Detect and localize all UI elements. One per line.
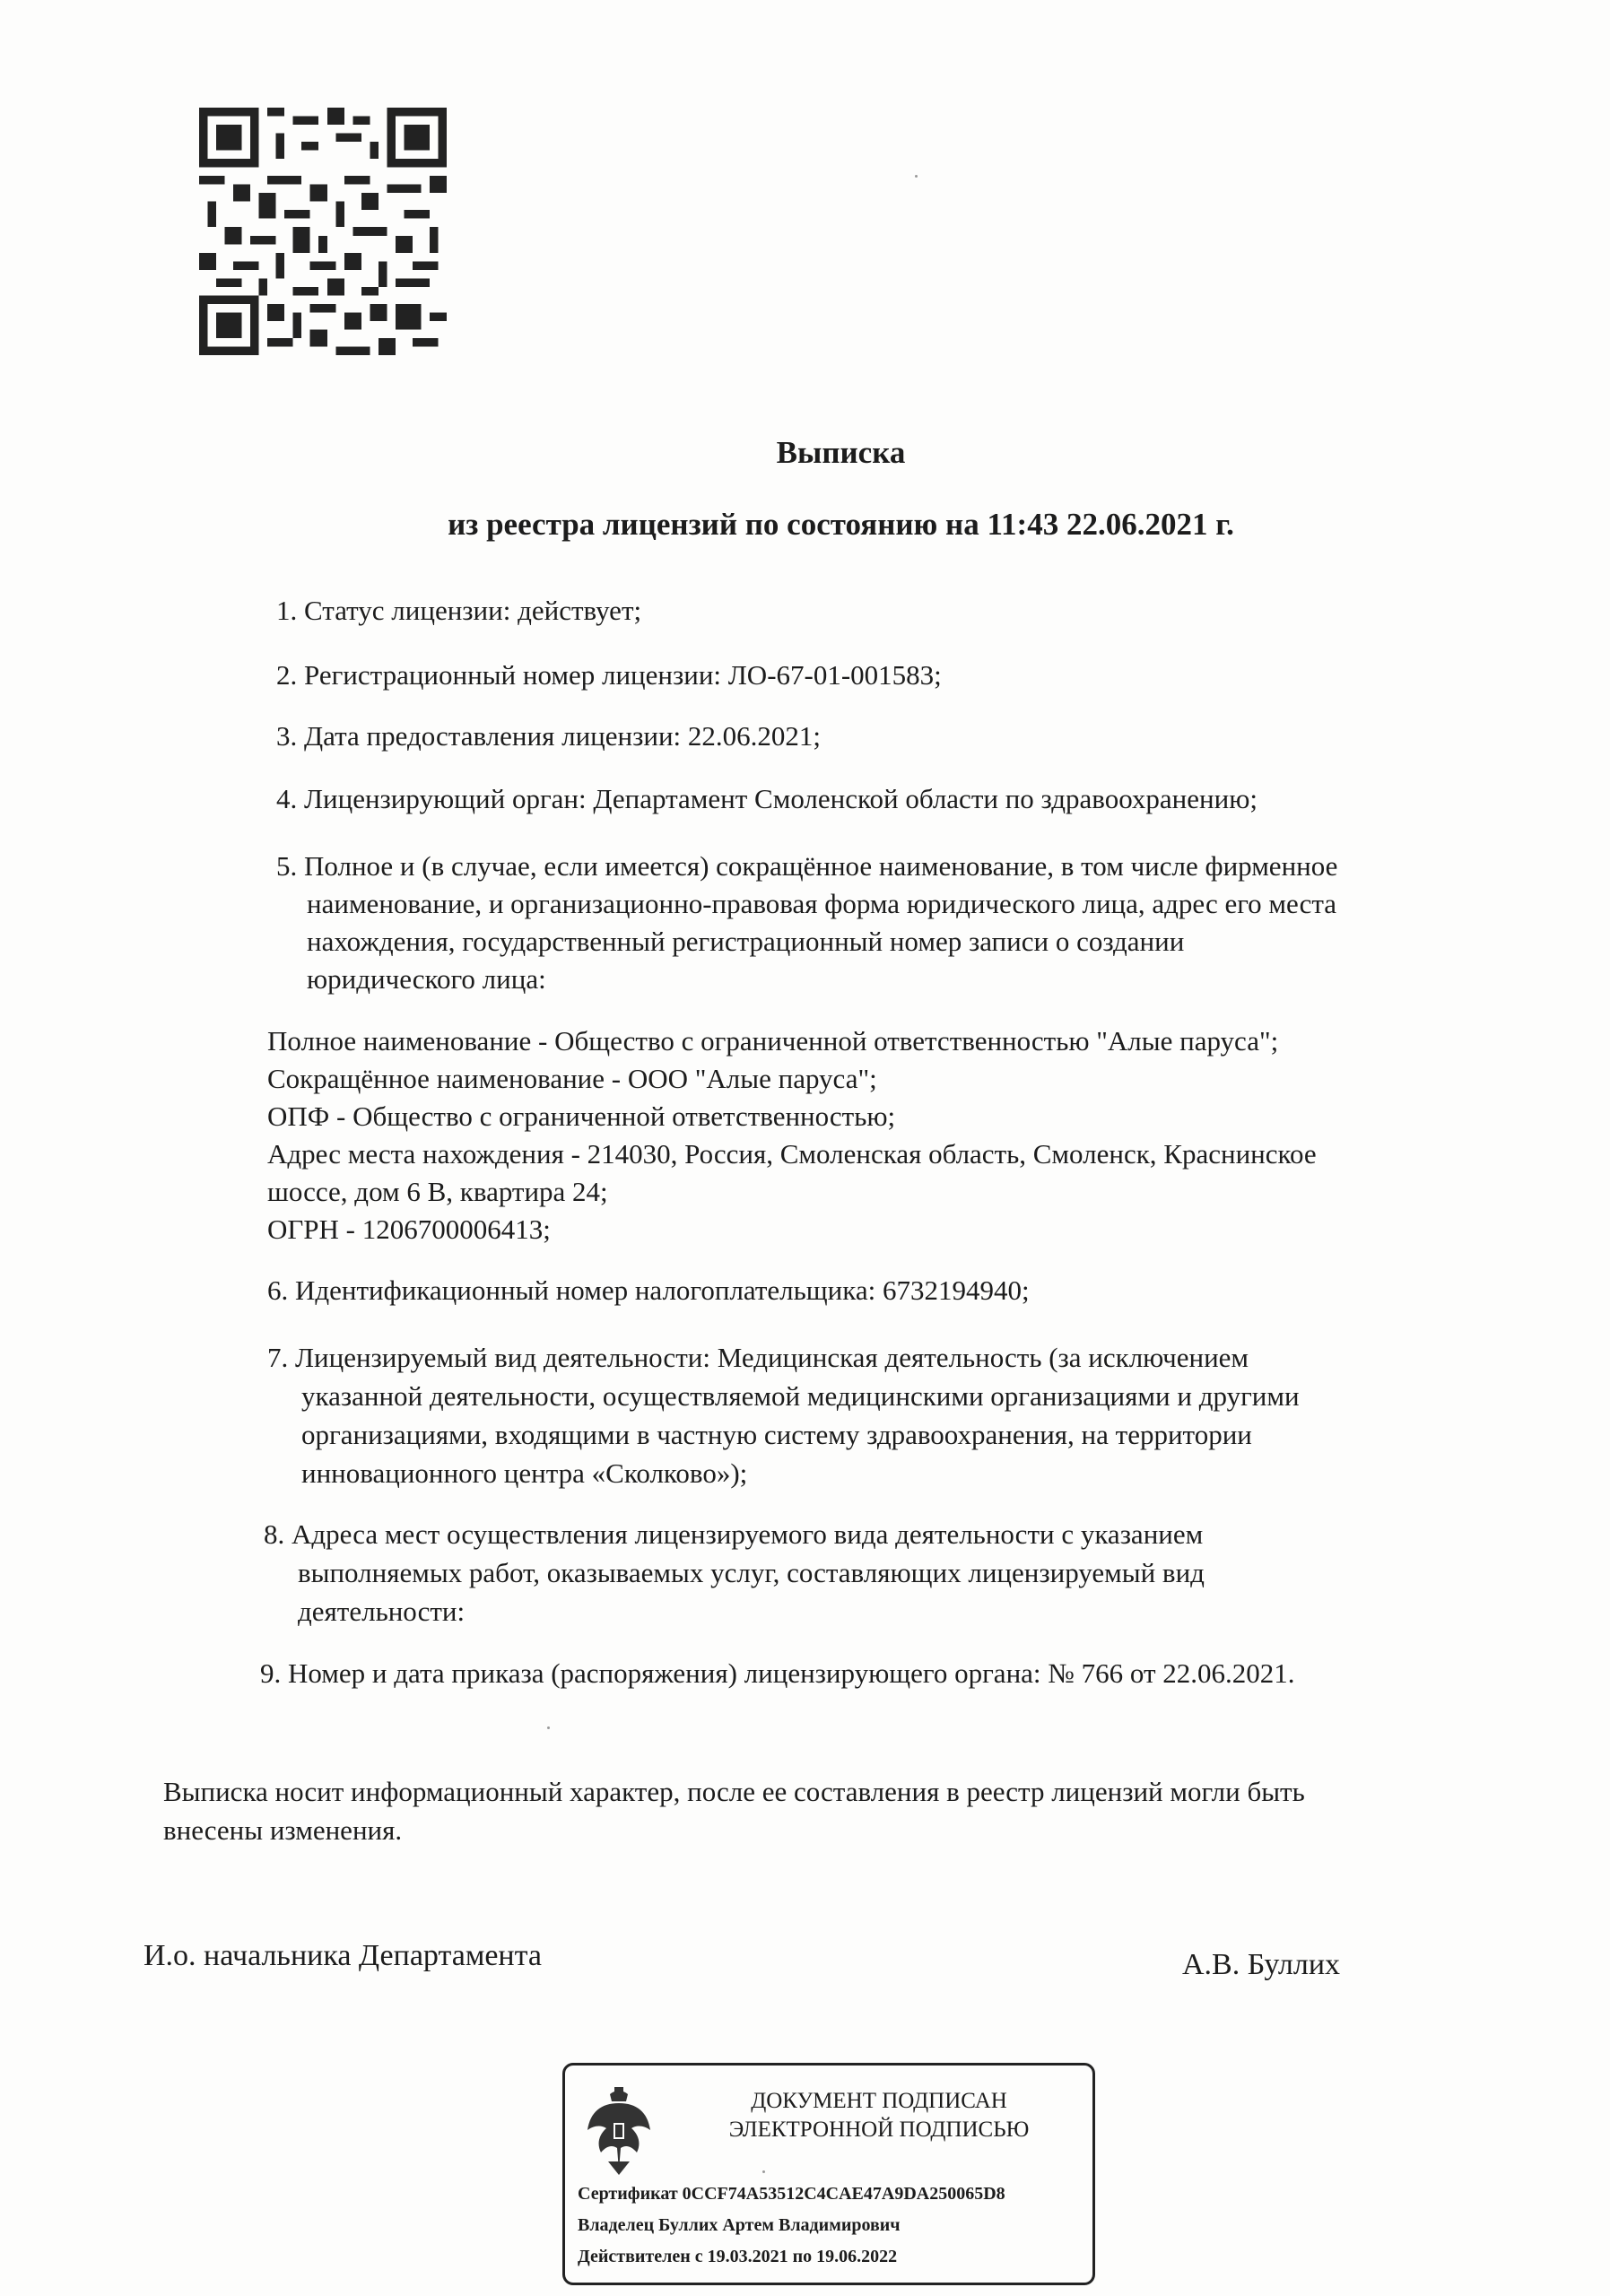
scan-speck	[547, 1726, 550, 1729]
item-registration-number: 2. Регистрационный номер лицензии: ЛО-67…	[276, 657, 942, 694]
item-text-continued: выполняемых работ, оказываемых услуг, со…	[298, 1554, 1205, 1592]
item-issue-date: 3. Дата предоставления лицензии: 22.06.2…	[276, 717, 821, 755]
item-text-continued: указанной деятельности, осуществляемой м…	[301, 1378, 1300, 1415]
item-number: 1.	[276, 595, 297, 626]
item-number: 3.	[276, 720, 297, 752]
item-entity-names: 5. Полное и (в случае, если имеется) сок…	[276, 848, 1337, 885]
scan-speck	[915, 175, 918, 178]
item-text-continued: нахождения, государственный регистрацион…	[307, 923, 1184, 961]
item-text: Регистрационный номер лицензии: ЛО-67-01…	[304, 659, 942, 691]
item-text-continued: инновационного центра «Сколково»);	[301, 1455, 747, 1492]
item-number: 8.	[264, 1518, 284, 1550]
item-order-number: 9. Номер и дата приказа (распоряжения) л…	[260, 1655, 1295, 1692]
item-text: Статус лицензии: действует;	[304, 595, 641, 626]
document-subtitle: из реестра лицензий по состоянию на 11:4…	[0, 507, 1610, 543]
item-text: Лицензируемый вид деятельности: Медицинс…	[295, 1342, 1249, 1373]
item-number: 5.	[276, 850, 297, 882]
stamp-owner: Владелец Буллих Артем Владимирович	[578, 2215, 901, 2236]
electronic-signature-stamp: ДОКУМЕНТ ПОДПИСАН ЭЛЕКТРОННОЙ ПОДПИСЬЮ С…	[562, 2063, 1095, 2285]
item-number: 7.	[267, 1342, 288, 1373]
item-text-continued: юридического лица:	[307, 961, 546, 998]
stamp-header: ДОКУМЕНТ ПОДПИСАН ЭЛЕКТРОННОЙ ПОДПИСЬЮ	[682, 2087, 1076, 2144]
coat-of-arms-icon	[583, 2085, 655, 2179]
item-license-status: 1. Статус лицензии: действует;	[276, 592, 641, 630]
item-text: Дата предоставления лицензии: 22.06.2021…	[304, 720, 821, 752]
stamp-header-line1: ДОКУМЕНТ ПОДПИСАН	[682, 2087, 1076, 2116]
entity-address-cont: шоссе, дом 6 В, квартира 24;	[267, 1173, 608, 1211]
entity-opf: ОПФ - Общество с ограниченной ответствен…	[267, 1098, 895, 1135]
stamp-certificate: Сертификат 0CCF74A53512C4CAE47A9DA250065…	[578, 2184, 1005, 2205]
item-number: 4.	[276, 783, 297, 814]
item-text-continued: организациями, входящими в частную систе…	[301, 1416, 1252, 1454]
disclaimer-note: Выписка носит информационный характер, п…	[163, 1773, 1305, 1811]
entity-ogrn: ОГРН - 1206700006413;	[267, 1211, 551, 1248]
item-text: Идентификационный номер налогоплательщик…	[295, 1274, 1030, 1306]
item-number: 9.	[260, 1657, 281, 1689]
item-text: Лицензирующий орган: Департамент Смоленс…	[304, 783, 1258, 814]
item-text-continued: деятельности:	[298, 1593, 465, 1631]
item-text: Полное и (в случае, если имеется) сокращ…	[304, 850, 1337, 882]
entity-short-name: Сокращённое наименование - ООО "Алые пар…	[267, 1060, 877, 1098]
item-text-continued: наименование, и организационно-правовая …	[307, 885, 1336, 923]
entity-full-name: Полное наименование - Общество с огранич…	[267, 1022, 1278, 1060]
item-licensing-authority: 4. Лицензирующий орган: Департамент Смол…	[276, 780, 1258, 818]
item-activity-type: 7. Лицензируемый вид деятельности: Медиц…	[267, 1339, 1249, 1377]
stamp-validity: Действителен с 19.03.2021 по 19.06.2022	[578, 2247, 897, 2267]
scan-speck	[762, 2170, 765, 2173]
signatory-name: А.В. Буллих	[1182, 1946, 1340, 1984]
disclaimer-note-cont: внесены изменения.	[163, 1812, 402, 1849]
document-title: Выписка	[0, 435, 1610, 471]
qr-code	[199, 108, 447, 355]
item-activity-addresses: 8. Адреса мест осуществления лицензируем…	[264, 1516, 1203, 1553]
entity-address: Адрес места нахождения - 214030, Россия,…	[267, 1135, 1317, 1173]
item-text: Адреса мест осуществления лицензируемого…	[292, 1518, 1203, 1550]
item-number: 2.	[276, 659, 297, 691]
stamp-header-line2: ЭЛЕКТРОННОЙ ПОДПИСЬЮ	[682, 2116, 1076, 2144]
item-text: Номер и дата приказа (распоряжения) лице…	[288, 1657, 1295, 1689]
item-inn: 6. Идентификационный номер налогоплатель…	[267, 1272, 1030, 1309]
signatory-position: И.о. начальника Департамента	[144, 1937, 542, 1975]
item-number: 6.	[267, 1274, 288, 1306]
